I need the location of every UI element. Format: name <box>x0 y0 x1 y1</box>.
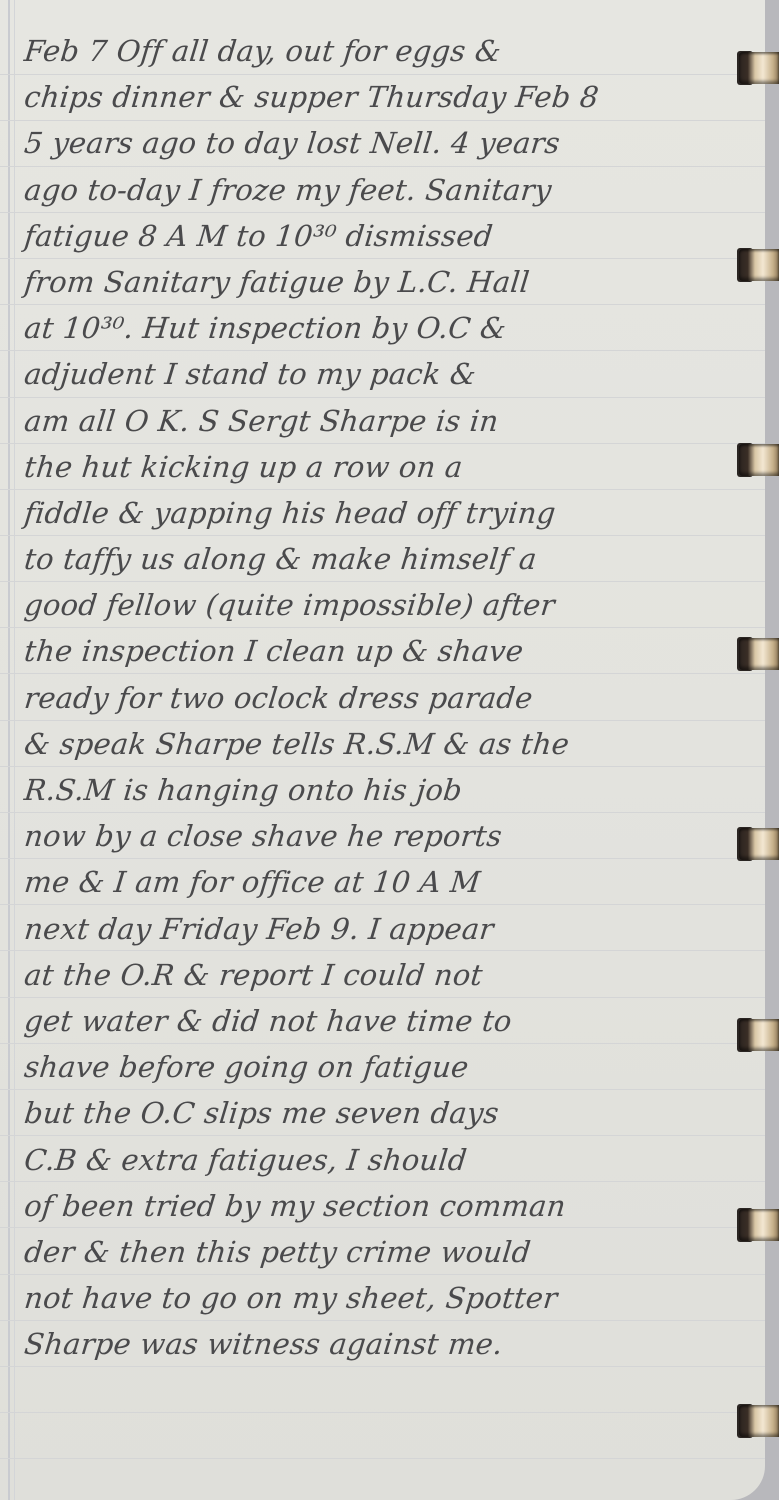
text-line: Feb 7 Off all day, out for eggs & <box>22 28 747 74</box>
diary-page: Feb 7 Off all day, out for eggs & chips … <box>0 0 765 1500</box>
text-line: good fellow (quite impossible) after <box>22 582 747 628</box>
binder-ring-icon <box>739 1405 779 1437</box>
text-line: fiddle & yapping his head off trying <box>22 490 747 536</box>
binder-ring-icon <box>739 1019 779 1051</box>
text-line: me & I am for office at 10 A M <box>22 859 747 905</box>
text-line: ready for two oclock dress parade <box>22 675 747 721</box>
text-line: from Sanitary fatigue by L.C. Hall <box>22 259 747 305</box>
text-line: am all O K. S Sergt Sharpe is in <box>22 398 747 444</box>
handwritten-text: Feb 7 Off all day, out for eggs & chips … <box>22 28 742 1367</box>
text-line: Sharpe was witness against me. <box>22 1321 747 1367</box>
text-line: to taffy us along & make himself a <box>22 536 747 582</box>
text-line: not have to go on my sheet, Spotter <box>22 1275 747 1321</box>
binder-ring-icon <box>739 444 779 476</box>
text-line: 5 years ago to day lost Nell. 4 years <box>22 120 747 166</box>
text-line: ago to-day I froze my feet. Sanitary <box>22 167 747 213</box>
text-line: shave before going on fatigue <box>22 1044 747 1090</box>
text-line: get water & did not have time to <box>22 998 747 1044</box>
text-line: but the O.C slips me seven days <box>22 1090 747 1136</box>
text-line: fatigue 8 A M to 10³⁰ dismissed <box>22 213 747 259</box>
text-line: the hut kicking up a row on a <box>22 444 747 490</box>
binder-ring-icon <box>739 52 779 84</box>
left-margin-line <box>8 0 10 1500</box>
text-line: the inspection I clean up & shave <box>22 628 747 674</box>
text-line: next day Friday Feb 9. I appear <box>22 906 747 952</box>
ruled-line <box>0 1412 765 1413</box>
left-margin-line-inner <box>14 0 15 1500</box>
text-line: now by a close shave he reports <box>22 813 747 859</box>
text-line: at 10³⁰. Hut inspection by O.C & <box>22 305 747 351</box>
text-line: C.B & extra fatigues, I should <box>22 1137 747 1183</box>
text-line: at the O.R & report I could not <box>22 952 747 998</box>
ruled-line <box>0 1458 765 1459</box>
binder-ring-icon <box>739 828 779 860</box>
text-line: adjudent I stand to my pack & <box>22 351 747 397</box>
text-line: chips dinner & supper Thursday Feb 8 <box>22 74 747 120</box>
text-line: R.S.M is hanging onto his job <box>22 767 747 813</box>
text-line: & speak Sharpe tells R.S.M & as the <box>22 721 747 767</box>
text-line: der & then this petty crime would <box>22 1229 747 1275</box>
text-line: of been tried by my section comman <box>22 1183 747 1229</box>
binder-ring-icon <box>739 249 779 281</box>
binder-ring-icon <box>739 638 779 670</box>
binder-ring-icon <box>739 1209 779 1241</box>
